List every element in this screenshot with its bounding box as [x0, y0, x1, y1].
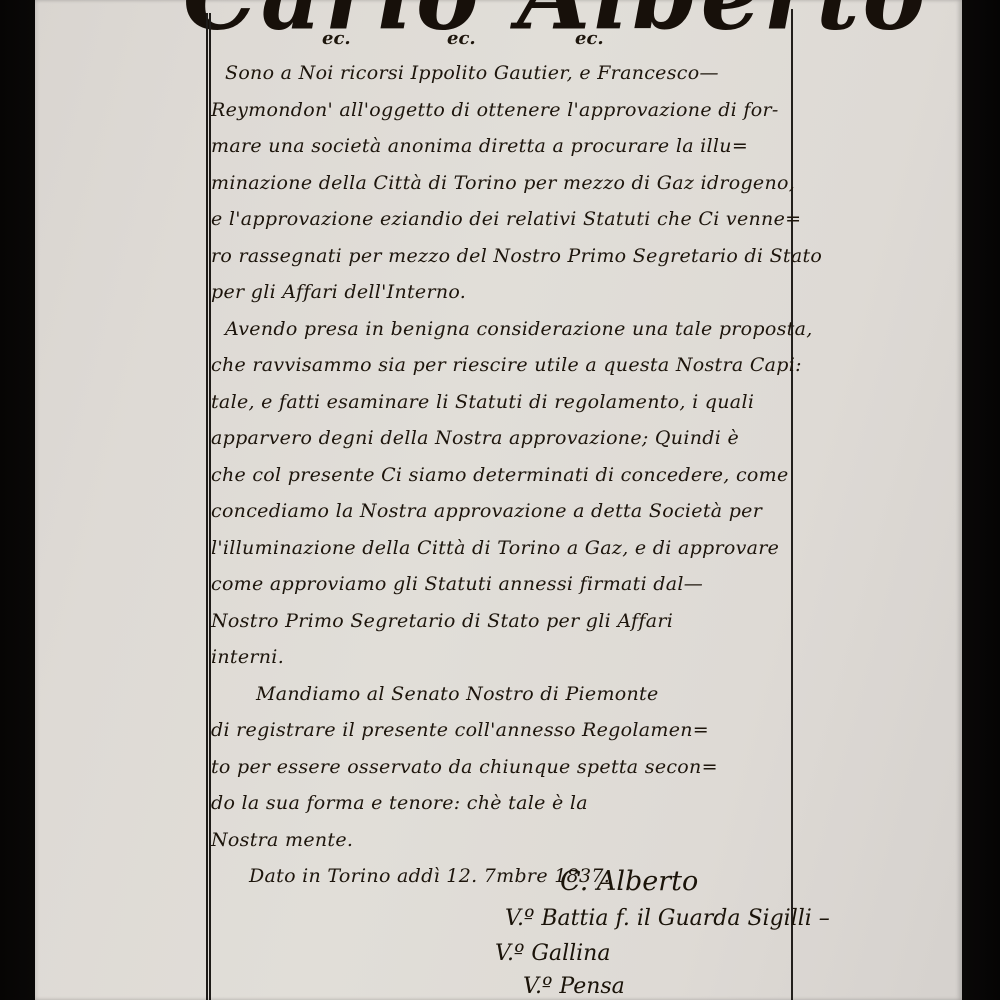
- manuscript-line: minazione della Città di Torino per mezz…: [211, 165, 803, 202]
- manuscript-line: ro rassegnati per mezzo del Nostro Primo…: [211, 238, 803, 275]
- manuscript-line: Sono a Noi ricorsi Ippolito Gautier, e F…: [211, 55, 803, 92]
- manuscript-line: l'illuminazione della Città di Torino a …: [211, 530, 803, 567]
- title-etc-mark: ec.: [447, 28, 476, 49]
- manuscript-body: Sono a Noi ricorsi Ippolito Gautier, e F…: [211, 55, 803, 895]
- manuscript-line: Nostra mente.: [211, 822, 803, 859]
- manuscript-line: Dato in Torino addì 12. 7mbre 1837.: [211, 858, 803, 895]
- manuscript-line: per gli Affari dell'Interno.: [211, 274, 803, 311]
- manuscript-line: e l'approvazione eziandio dei relativi S…: [211, 201, 803, 238]
- document-title-carlo-alberto: Carlo Alberto: [183, 0, 928, 53]
- manuscript-line: Reymondon' all'oggetto di ottenere l'app…: [211, 92, 803, 129]
- manuscript-line: Avendo presa in benigna considerazione u…: [211, 311, 803, 348]
- title-etc-mark: ec.: [575, 28, 604, 49]
- signature-line: V.º Pensa: [523, 974, 625, 999]
- photo-background: Carlo Alberto ec.ec.ec. Sono a Noi ricor…: [0, 0, 1000, 1000]
- manuscript-line: Nostro Primo Segretario di Stato per gli…: [211, 603, 803, 640]
- manuscript-line: di registrare il presente coll'annesso R…: [211, 712, 803, 749]
- manuscript-line: apparvero degni della Nostra approvazion…: [211, 420, 803, 457]
- manuscript-line: come approviamo gli Statuti annessi firm…: [211, 566, 803, 603]
- manuscript-line: che ravvisammo sia per riescire utile a …: [211, 347, 803, 384]
- signature-line: V.º Gallina: [495, 941, 610, 966]
- manuscript-line: to per essere osservato da chiunque spet…: [211, 749, 803, 786]
- signature-line: V.º Battia f. il Guarda Sigilli –: [505, 906, 830, 931]
- title-etc-mark: ec.: [322, 28, 351, 49]
- manuscript-line: concediamo la Nostra approvazione a dett…: [211, 493, 803, 530]
- signature-line: C. Alberto: [560, 866, 698, 897]
- manuscript-line: interni.: [211, 639, 803, 676]
- manuscript-line: do la sua forma e tenore: chè tale è la: [211, 785, 803, 822]
- manuscript-page: Carlo Alberto ec.ec.ec. Sono a Noi ricor…: [35, 0, 962, 1000]
- manuscript-line: che col presente Ci siamo determinati di…: [211, 457, 803, 494]
- manuscript-line: mare una società anonima diretta a procu…: [211, 128, 803, 165]
- manuscript-line: Mandiamo al Senato Nostro di Piemonte: [211, 676, 803, 713]
- manuscript-line: tale, e fatti esaminare li Statuti di re…: [211, 384, 803, 421]
